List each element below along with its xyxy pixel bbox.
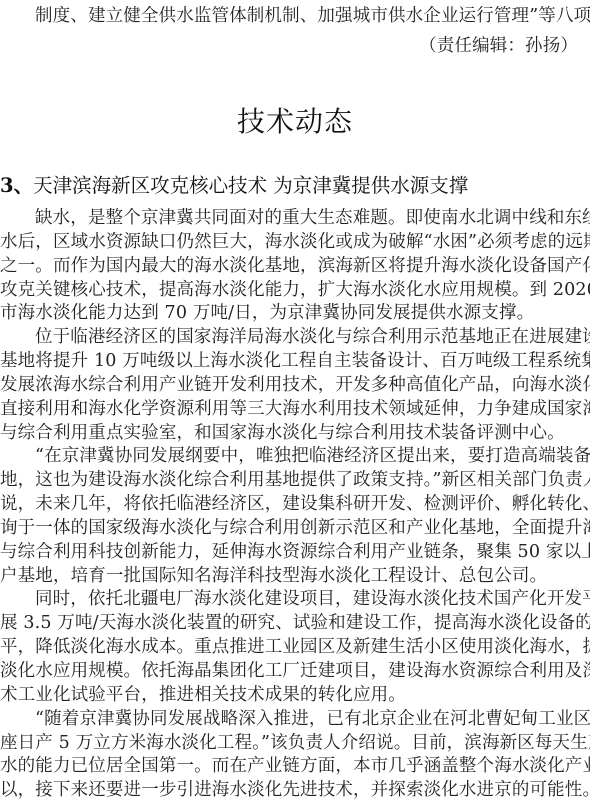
article-title-text: 天津滨海新区攻克核心技术 为京津冀提供水源支撑 bbox=[33, 174, 468, 197]
section-title: 技术动态 bbox=[0, 104, 590, 140]
article-title: 3、天津滨海新区攻克核心技术 为京津冀提供水源支撑 bbox=[0, 172, 468, 200]
editor-note: （责任编辑：孙扬） bbox=[0, 32, 590, 60]
paragraph-line: 以，接下来还要进一步引进海水淡化先进技术，并探索淡化水进京的可能性。 bbox=[0, 776, 590, 804]
document-page: 制度、建立健全供水监管体制机制、加强城市供水企业运行管理”等八项措施。 （责任编… bbox=[0, 0, 590, 806]
article-number: 3、 bbox=[0, 174, 33, 197]
previous-article-tail: 制度、建立健全供水监管体制机制、加强城市供水企业运行管理”等八项措施。 bbox=[0, 2, 590, 30]
